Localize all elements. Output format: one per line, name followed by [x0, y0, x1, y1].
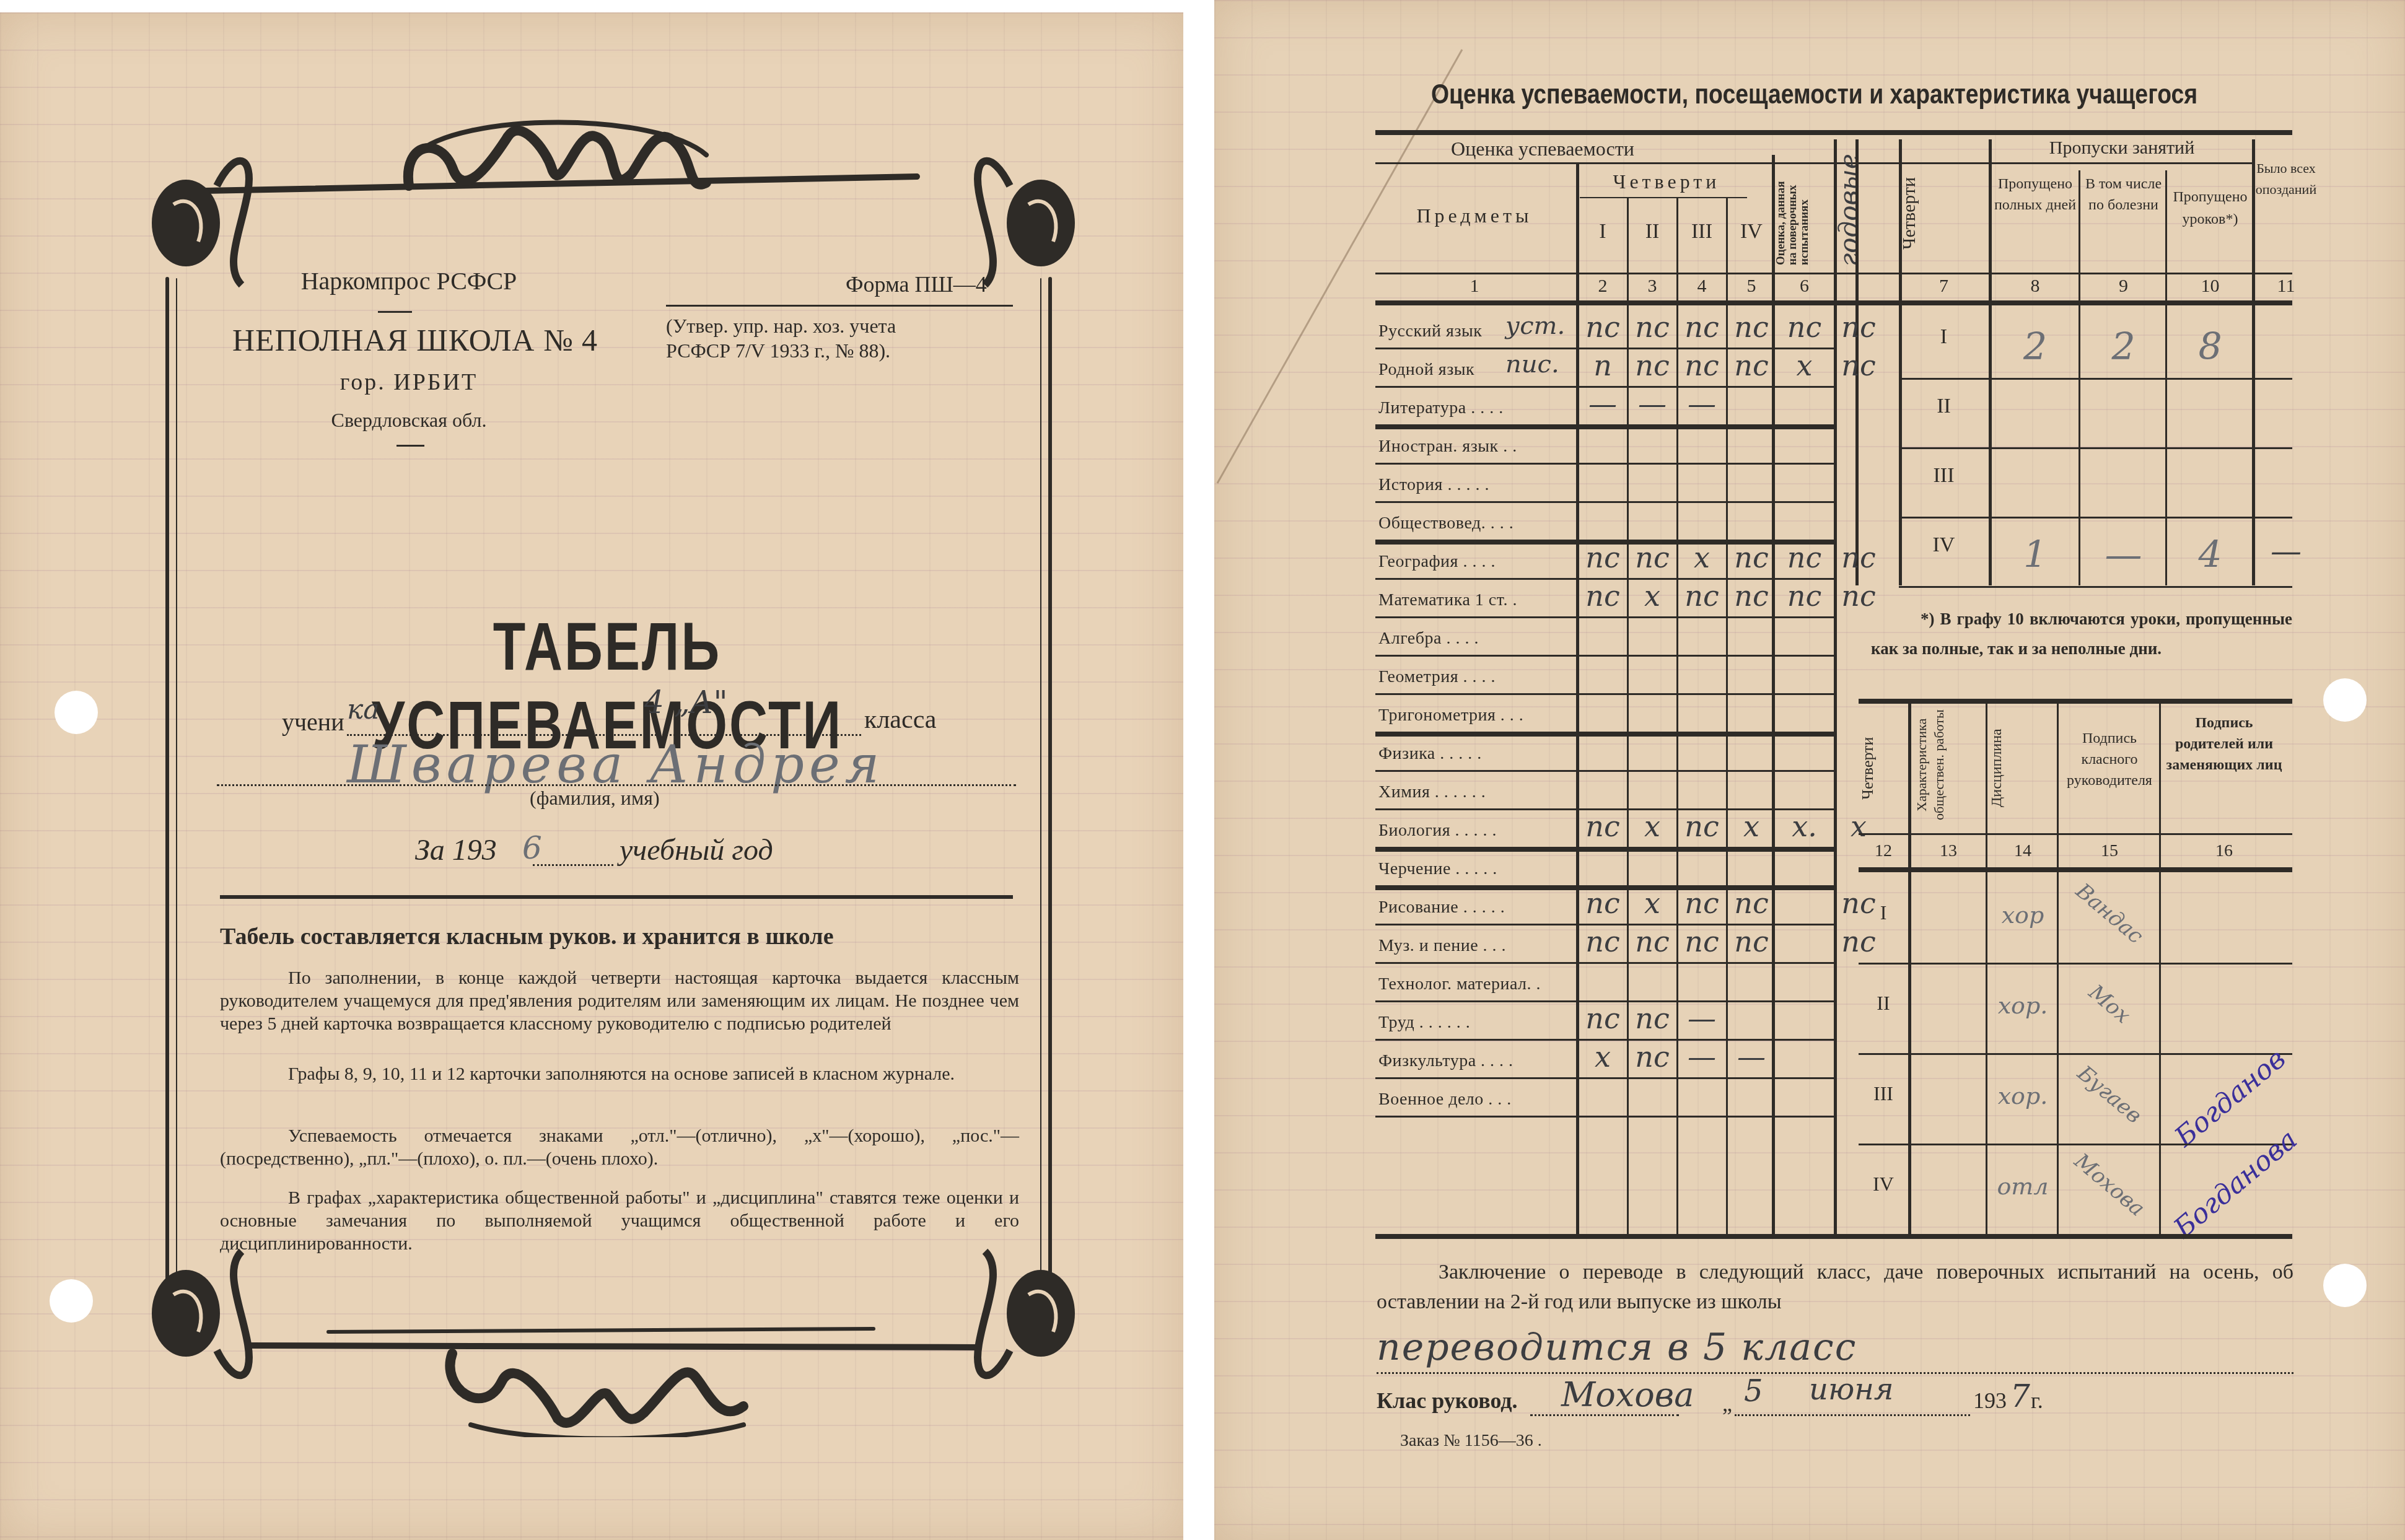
- grade-cell-q4: пс: [1730, 310, 1773, 344]
- school-name: НЕПОЛНАЯ ШКОЛА № 4: [204, 322, 626, 358]
- grade-cell-q1: пс: [1581, 310, 1624, 344]
- grade-cell-q2: пс: [1631, 310, 1674, 344]
- conduct-cell-quarter: IV: [1859, 1173, 1908, 1196]
- col-divider: [1576, 162, 1579, 1234]
- region-label: Свердловская обл.: [235, 409, 582, 432]
- conduct-quarters-header: Четверти: [1859, 712, 1908, 824]
- attendance-cell-late: —: [2255, 533, 2317, 569]
- col-divider: [1986, 703, 1987, 1236]
- date-day-handwritten: 5: [1744, 1374, 1763, 1409]
- row-rule: [1375, 655, 1834, 657]
- subject-name: География . . . .: [1378, 552, 1496, 572]
- grade-cell-exam: х.: [1775, 810, 1834, 843]
- absences-header: Пропуски занятий: [1992, 138, 2252, 159]
- column-number: 14: [1989, 841, 2057, 861]
- col-late-header: Было всех опозданий: [2255, 158, 2317, 200]
- conclusion-handwritten: переводится в 5 класс: [1377, 1326, 1857, 1369]
- row-rule: [1375, 616, 1834, 618]
- row-rule: [1375, 693, 1834, 695]
- quarter-label: I: [1581, 220, 1624, 243]
- row-rule: [1899, 447, 2292, 449]
- column-number: 1: [1375, 276, 1574, 297]
- conduct-cell-discipline: хор.: [1989, 1082, 2057, 1109]
- row-rule: [1375, 463, 1834, 465]
- quarter-label: IV: [1730, 220, 1773, 243]
- section-divider: [220, 895, 1013, 899]
- subject-name: Русский язык: [1378, 322, 1482, 341]
- grade-cell-q3: —: [1680, 1002, 1724, 1035]
- column-number: 13: [1911, 841, 1986, 861]
- grade-cell-q3: пс: [1680, 310, 1724, 344]
- row-rule: [1859, 963, 2292, 965]
- instruction-paragraph: В графах „характеристика общественной ра…: [220, 1186, 1019, 1255]
- student-suffix-handwritten: ка: [347, 694, 380, 725]
- conduct-cell-quarter: I: [1859, 901, 1908, 924]
- form-label: Форма ПШ—4: [846, 271, 987, 297]
- attendance-cell-full_days: 2: [1992, 325, 2079, 369]
- date-year-prefix: 193: [1973, 1388, 2007, 1414]
- subject-name: Тригонометрия . . .: [1378, 706, 1523, 725]
- grade-cell-q1: пс: [1581, 1002, 1624, 1035]
- date-open-quote: „: [1722, 1391, 1732, 1417]
- grade-cell-q2: —: [1631, 387, 1674, 421]
- column-number: 10: [2168, 276, 2252, 297]
- attendance-quarters-header: Четверти: [1899, 167, 1989, 260]
- attendance-cell-lessons: 8: [2168, 325, 2252, 369]
- conduct-cell-quarter: III: [1859, 1082, 1908, 1105]
- grade-cell-exam: пс: [1775, 310, 1834, 344]
- grade-cell-q1: х: [1581, 1040, 1624, 1074]
- grade-cell-q1: п: [1581, 349, 1624, 382]
- subject-name: Геометрия . . . .: [1378, 667, 1496, 687]
- col-divider: [2252, 139, 2255, 585]
- divider: [378, 311, 412, 313]
- grade-cell-q1: пс: [1581, 886, 1624, 920]
- grade-cell-q2: пс: [1631, 1040, 1674, 1074]
- class-handwritten: 4 „А": [644, 685, 727, 720]
- subject-name: Алгебра . . . .: [1378, 629, 1479, 649]
- grade-cell-q3: пс: [1680, 886, 1724, 920]
- sheet-title: Оценка успеваемости, посещаемости и хара…: [1431, 79, 2197, 110]
- grade-cell-q3: пс: [1680, 925, 1724, 958]
- rule: [1580, 197, 1747, 198]
- attendance-cell-quarter: I: [1899, 325, 1989, 349]
- attendance-cell-illness: —: [2082, 533, 2165, 577]
- col-divider: [1908, 703, 1911, 1236]
- instruction-paragraph: Графы 8, 9, 10, 11 и 12 карточки заполня…: [220, 1062, 1019, 1085]
- subject-name: Иностран. язык . .: [1378, 437, 1517, 457]
- table-top-rule: [1375, 130, 2292, 135]
- conduct-cell-discipline: отл: [1989, 1173, 2057, 1200]
- signature-teacher_sig: Мох: [2064, 963, 2155, 1045]
- row-rule: [1375, 1116, 1834, 1118]
- col-social-work-header: Характеристика обществен. работы: [1913, 706, 1984, 824]
- date-year-handwritten: 7: [2010, 1378, 2030, 1414]
- column-number: 3: [1631, 276, 1674, 297]
- punch-hole: [50, 1279, 93, 1323]
- grade-cell-q2: пс: [1631, 925, 1674, 958]
- row-rule: [1899, 517, 2292, 518]
- row-rule: [1859, 1053, 2292, 1055]
- city-label: гор. ИРБИТ: [235, 369, 582, 396]
- subject-name: Математика 1 ст. .: [1378, 590, 1517, 610]
- exam-header: Оценка, данная на поверочных испытаниях: [1775, 166, 1825, 265]
- grade-cell-annual: пс: [1834, 925, 1883, 958]
- col-teacher-sig-header: Подпись класного руководителя: [2060, 728, 2159, 791]
- instructions-heading: Табель составляется класным руков. и хра…: [220, 923, 1019, 950]
- row-rule: [1375, 962, 1834, 964]
- subject-name: Родной язык: [1378, 360, 1474, 380]
- grade-cell-q4: —: [1730, 1040, 1773, 1074]
- row-rule: [1375, 847, 1834, 852]
- column-number: 9: [2082, 276, 2165, 297]
- subject-name: Рисование . . . . .: [1378, 898, 1505, 917]
- grade-cell-q2: пс: [1631, 1002, 1674, 1035]
- date-year-suffix: г.: [2031, 1388, 2043, 1414]
- col-divider: [1834, 139, 1837, 1234]
- column-number: 11: [2255, 276, 2317, 297]
- punch-hole: [2323, 678, 2367, 722]
- grade-cell-q4: пс: [1730, 349, 1773, 382]
- row-rule: [1375, 770, 1834, 772]
- column-number: 16: [2162, 841, 2286, 861]
- grade-cell-q2: пс: [1631, 349, 1674, 382]
- row-rule: [1375, 1077, 1834, 1079]
- conclusion-label: Заключение о переводе в следующий класс,…: [1377, 1258, 2293, 1317]
- quarters-header: Четверти: [1580, 170, 1753, 193]
- annual-header-handwritten: годовые: [1834, 142, 1864, 266]
- column-number: 7: [1899, 276, 1989, 297]
- grade-cell-q1: —: [1581, 387, 1624, 421]
- teacher-handwritten: Мохова: [1561, 1375, 1694, 1414]
- signature-teacher_sig: Мохова: [2064, 1144, 2155, 1226]
- rule: [1992, 162, 2252, 164]
- col-divider: [2057, 703, 2059, 1236]
- column-number: 5: [1730, 276, 1773, 297]
- instruction-paragraph: По заполнении, в конце каждой четверти н…: [220, 966, 1019, 1035]
- grade-cell-q3: х: [1680, 541, 1724, 574]
- grade-cell-exam: пс: [1775, 579, 1834, 613]
- attendance-cell-illness: 2: [2082, 325, 2165, 369]
- punch-hole: [55, 691, 98, 734]
- subject-name: Литература . . . .: [1378, 398, 1504, 418]
- row-rule: [1375, 732, 1834, 737]
- conduct-cell-quarter: II: [1859, 992, 1908, 1015]
- subjects-header: Предметы: [1375, 204, 1574, 227]
- signature-teacher_sig: Вандас: [2064, 872, 2155, 955]
- fill-line: [533, 864, 613, 866]
- grade-cell-q3: пс: [1680, 349, 1724, 382]
- conduct-cell-discipline: хор: [1989, 901, 2057, 929]
- grade-cell-q3: пс: [1680, 579, 1724, 613]
- row-rule: [1859, 1144, 2292, 1145]
- table-bottom-rule: [1375, 1234, 2292, 1239]
- left-page-cover: Наркомпрос РСФСР НЕПОЛНАЯ ШКОЛА № 4 гор.…: [0, 12, 1183, 1540]
- column-number: 8: [1992, 276, 2079, 297]
- rule: [1859, 867, 2292, 872]
- year-suffix: учебный год: [620, 833, 773, 867]
- subject-name: Физкультура . . . .: [1378, 1051, 1514, 1071]
- name-caption: (фамилия, имя): [530, 787, 660, 810]
- grade-cell-q1: пс: [1581, 541, 1624, 574]
- attendance-cell-quarter: II: [1899, 395, 1989, 418]
- teacher-label: Клас руковод.: [1377, 1388, 1518, 1414]
- column-number: 4: [1680, 276, 1724, 297]
- subject-name: Физика . . . . .: [1378, 744, 1482, 764]
- column-number: 12: [1859, 841, 1908, 861]
- grade-cell-q4: пс: [1730, 579, 1773, 613]
- subject-name: Труд . . . . . .: [1378, 1013, 1470, 1033]
- column-number: 15: [2060, 841, 2159, 861]
- col-full-days-header: Пропущено полных дней: [1992, 173, 2079, 216]
- fill-line: [1530, 1414, 1679, 1416]
- subject-name: Черчение . . . . .: [1378, 859, 1497, 879]
- grades-group-header: Оценка успеваемости: [1375, 138, 1710, 160]
- subject-name: Обществовед. . . .: [1378, 514, 1514, 533]
- grade-cell-q2: пс: [1631, 541, 1674, 574]
- row-rule: [1375, 501, 1834, 503]
- fill-line: [1735, 1414, 1970, 1416]
- col-discipline-header: Дисциплина: [1989, 712, 2057, 824]
- divider: [666, 305, 1013, 307]
- grade-cell-exam: х: [1775, 349, 1834, 382]
- subject-name: Биология . . . . .: [1378, 821, 1497, 841]
- right-page-grades: Оценка успеваемости, посещаемости и хара…: [1214, 0, 2405, 1540]
- attendance-footnote: *) В графу 10 включаются уроки, пропущен…: [1871, 604, 2292, 663]
- col-divider: [2159, 703, 2161, 1236]
- col-lessons-header: Пропущено уроков*): [2168, 186, 2252, 230]
- grade-cell-q3: —: [1680, 1040, 1724, 1074]
- grade-cell-q1: пс: [1581, 925, 1624, 958]
- form-approval-line2: РСФСР 7/V 1933 г., № 88).: [666, 339, 890, 362]
- attendance-cell-full_days: 1: [1992, 533, 2079, 577]
- year-prefix: За 193: [415, 833, 497, 867]
- subject-note-handwritten: пис.: [1505, 350, 1559, 378]
- subject-name: Военное дело . . .: [1378, 1090, 1512, 1109]
- grade-cell-q1: пс: [1581, 810, 1624, 843]
- subject-name: Муз. и пение . . .: [1378, 936, 1506, 956]
- attendance-cell-lessons: 4: [2168, 533, 2252, 577]
- rule: [1375, 162, 1995, 164]
- subject-name: История . . . . .: [1378, 475, 1489, 495]
- date-month-handwritten: июня: [1809, 1372, 1894, 1407]
- column-number: 2: [1581, 276, 1624, 297]
- grade-cell-q3: —: [1680, 387, 1724, 421]
- grade-cell-q4: пс: [1730, 886, 1773, 920]
- grade-cell-q4: пс: [1730, 925, 1773, 958]
- row-rule: [1899, 586, 2292, 588]
- punch-hole: [2323, 1264, 2367, 1307]
- order-number: Заказ № 1156—36 .: [1400, 1431, 1542, 1451]
- row-rule: [1899, 378, 2292, 380]
- rule: [1859, 833, 2292, 835]
- grade-cell-annual: пс: [1834, 310, 1883, 344]
- form-approval-line1: (Утвер. упр. нар. хоз. учета: [666, 315, 896, 338]
- grade-cell-annual: пс: [1834, 541, 1883, 574]
- conduct-cell-discipline: хор.: [1989, 992, 2057, 1019]
- fold-crease: [1214, 0, 1474, 496]
- divider: [396, 445, 424, 447]
- grade-cell-exam: пс: [1775, 541, 1834, 574]
- grade-cell-q3: пс: [1680, 810, 1724, 843]
- instruction-paragraph: Успеваемость отмечается знаками „отл."—(…: [220, 1124, 1019, 1170]
- grade-cell-q2: х: [1631, 579, 1674, 613]
- signature-parent_sig: [2178, 948, 2283, 1035]
- year-handwritten: 6: [522, 830, 542, 866]
- grade-cell-q4: пс: [1730, 541, 1773, 574]
- row-rule: [1375, 424, 1834, 429]
- fill-line: [217, 784, 1016, 786]
- rule: [1859, 699, 2292, 704]
- grade-cell-q2: х: [1631, 810, 1674, 843]
- ministry-label: Наркомпрос РСФСР: [235, 266, 582, 295]
- grade-cell-q1: пс: [1581, 579, 1624, 613]
- subject-name: Химия . . . . . .: [1378, 782, 1486, 802]
- grade-cell-q2: х: [1631, 886, 1674, 920]
- grade-cell-q4: х: [1730, 810, 1773, 843]
- student-prefix: учени: [282, 707, 344, 737]
- column-number: 6: [1775, 276, 1834, 297]
- col-parent-sig-header: Подпись родителей или заменяющих лиц: [2162, 712, 2286, 776]
- attendance-cell-quarter: III: [1899, 464, 1989, 488]
- class-label: класса: [864, 705, 936, 735]
- grade-cell-annual: пс: [1834, 349, 1883, 382]
- col-illness-header: В том числе по болезни: [2082, 173, 2165, 216]
- subject-note-handwritten: уст.: [1505, 312, 1565, 340]
- signature-teacher_sig: Бугаев: [2064, 1053, 2155, 1135]
- subject-name: Технолог. материал. .: [1378, 974, 1541, 994]
- quarter-label: III: [1680, 220, 1724, 243]
- quarter-label: II: [1631, 220, 1674, 243]
- attendance-cell-quarter: IV: [1899, 533, 1989, 557]
